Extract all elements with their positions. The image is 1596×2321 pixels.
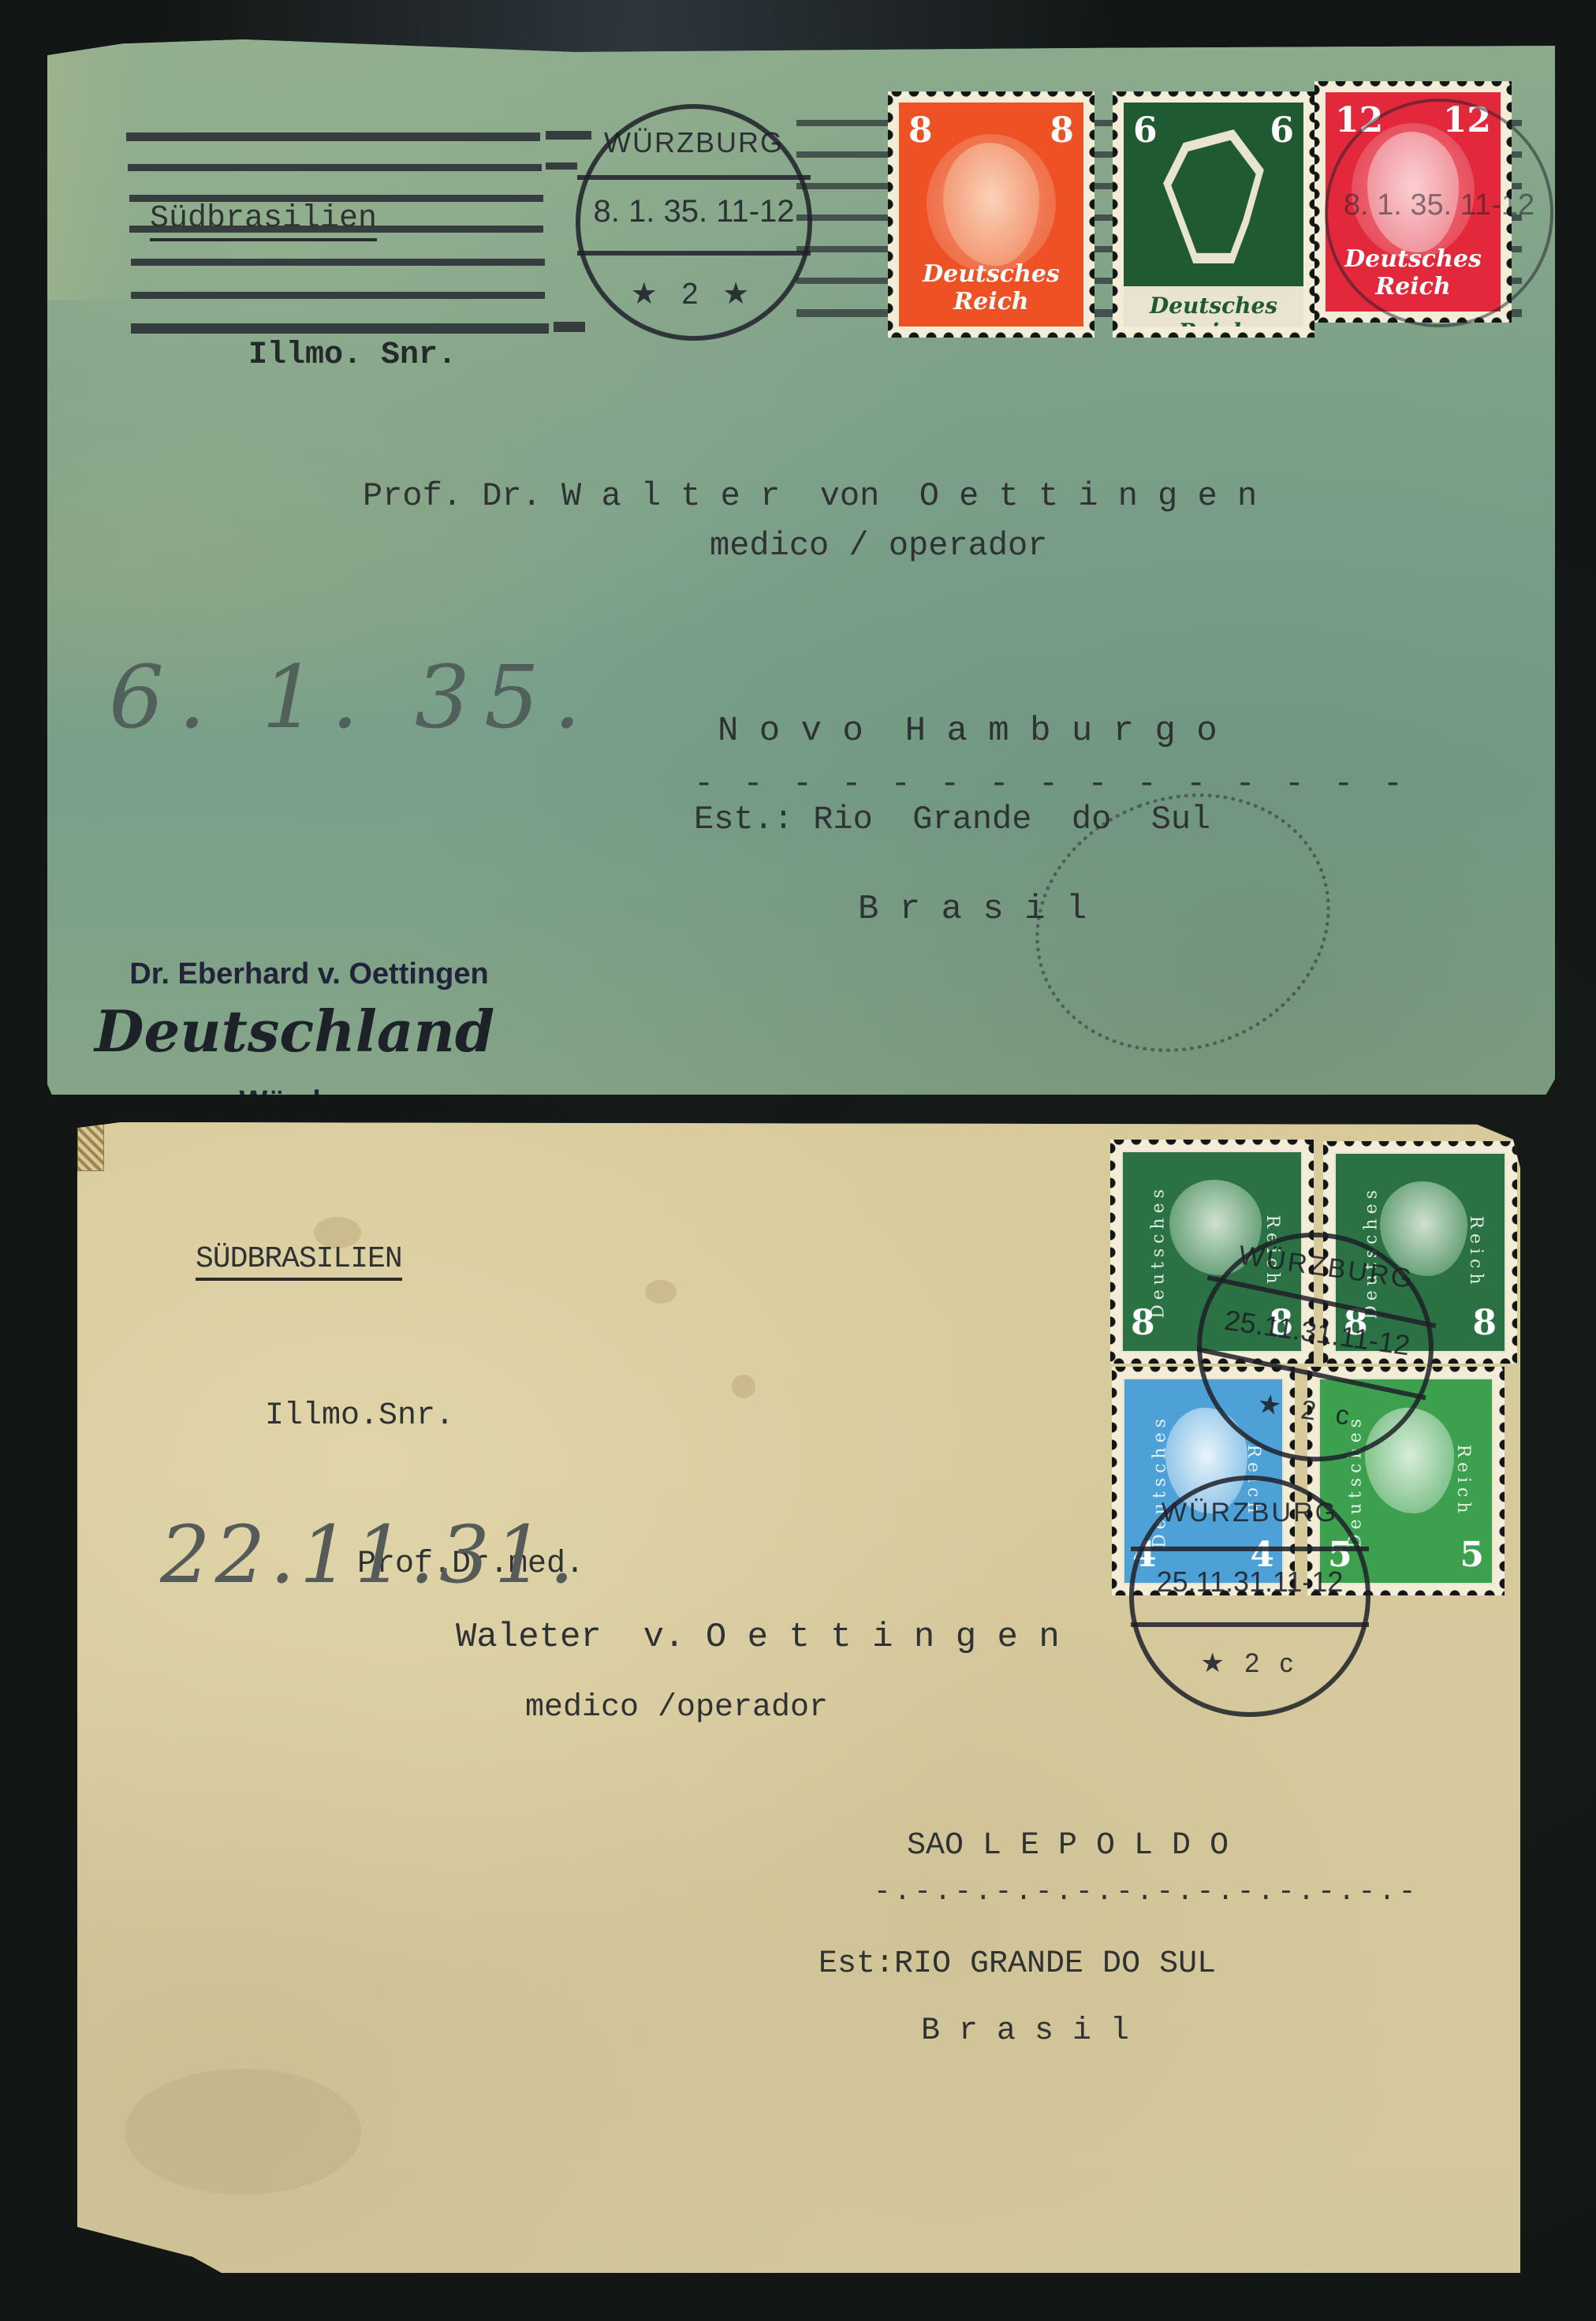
addressee-city: SAO L E P O L D O (907, 1828, 1229, 1864)
addressee-city: N o v o H a m b u r g o (718, 711, 1218, 751)
addressee-name: Prof. Dr. W a l t e r von O e t t i n g … (363, 477, 1257, 515)
cancel-bar (546, 162, 577, 170)
stamp-legend: Deutsches Reich (1124, 293, 1303, 327)
envelope-1935: Südbrasilien Illmo. Snr. 8 8 Deutsches R… (47, 39, 1555, 1095)
postmark-city: WÜRZBURG (1134, 1498, 1366, 1528)
cancel-bar (131, 259, 545, 266)
envelope-1931: SÜDBRASILIEN Illmo.Snr. Prof.Dr.med. Wal… (77, 1122, 1520, 2273)
sender-city: Würzburg (112, 1080, 506, 1095)
addressee-country: B r a s i l (921, 2013, 1129, 2049)
handwritten-date: 6. 1. 35. (109, 647, 595, 748)
postmark-datetime: 8. 1. 35. 11-12 (1328, 188, 1550, 222)
stamp-value: 6 (1270, 110, 1294, 151)
addressee-name: Waleter v. O e t t i n g e n (456, 1618, 1060, 1657)
handwritten-country: Deutschland (95, 998, 494, 1065)
address-divider: -.-.-.-.-.-.-.-.-.-.-.-.-.- (874, 1875, 1419, 1908)
cancel-bar (131, 323, 549, 334)
handwritten-date: 22.11.31. (160, 1509, 579, 1601)
stamp-legend-right: Reich (1453, 1444, 1473, 1517)
postmark-wurzburg: WÜRZBURG 25.11.31.11-12 ★ 2 c (1129, 1476, 1370, 1717)
postmark-wurzburg: WÜRZBURG 8. 1. 35. 11-12 ★ 2 ★ (576, 104, 812, 341)
postmark-office: ★ 2 c (1134, 1647, 1366, 1679)
postmark-datetime: 8. 1. 35. 11-12 (580, 194, 807, 229)
route-label: SÜDBRASILIEN (196, 1242, 402, 1281)
stamp-value: 8 (908, 110, 933, 151)
cancel-bar (554, 322, 585, 332)
salutation: Illmo. Snr. (248, 338, 457, 373)
address-divider: - - - - - - - - - - - - - - - (694, 765, 1408, 803)
stamp-legend-left: Deutsches (1148, 1185, 1168, 1319)
stamp-6-pfennig: 6 6 Deutsches Reich (1113, 91, 1314, 338)
sender-name: Dr. Eberhard v. Oettingen (112, 953, 506, 995)
stamp-8-pfennig: 8 8 Deutsches Reich (888, 91, 1094, 338)
stamp-value: 6 (1133, 110, 1158, 151)
stamp-legend-right: Reich (1466, 1215, 1486, 1289)
raised-hand-icon (1163, 129, 1264, 263)
cancel-bar (126, 132, 540, 141)
stamp-value: 8 (1472, 1303, 1497, 1343)
envelope-tab-corner (77, 1122, 104, 1171)
stamp-value: 8 (1050, 110, 1074, 151)
addressee-title: medico / operador (710, 527, 1047, 565)
cancel-bar (128, 164, 542, 171)
cancel-bar (131, 292, 545, 299)
route-label: Südbrasilien (150, 201, 377, 241)
salutation: Illmo.Snr. (265, 1398, 454, 1434)
addressee-state: Est:RIO GRANDE DO SUL (819, 1946, 1216, 1982)
stamp-legend: Deutsches Reich (899, 260, 1083, 315)
postmark-wurzburg-secondary: 8. 1. 35. 11-12 (1325, 99, 1553, 327)
postmark-datetime: 25.11.31.11-12 (1134, 1565, 1366, 1599)
addressee-title: medico /operador (525, 1690, 828, 1726)
stamp-value: 5 (1460, 1535, 1484, 1575)
postmark-city: WÜRZBURG (580, 126, 807, 159)
postmark-office: ★ 2 ★ (580, 276, 807, 312)
